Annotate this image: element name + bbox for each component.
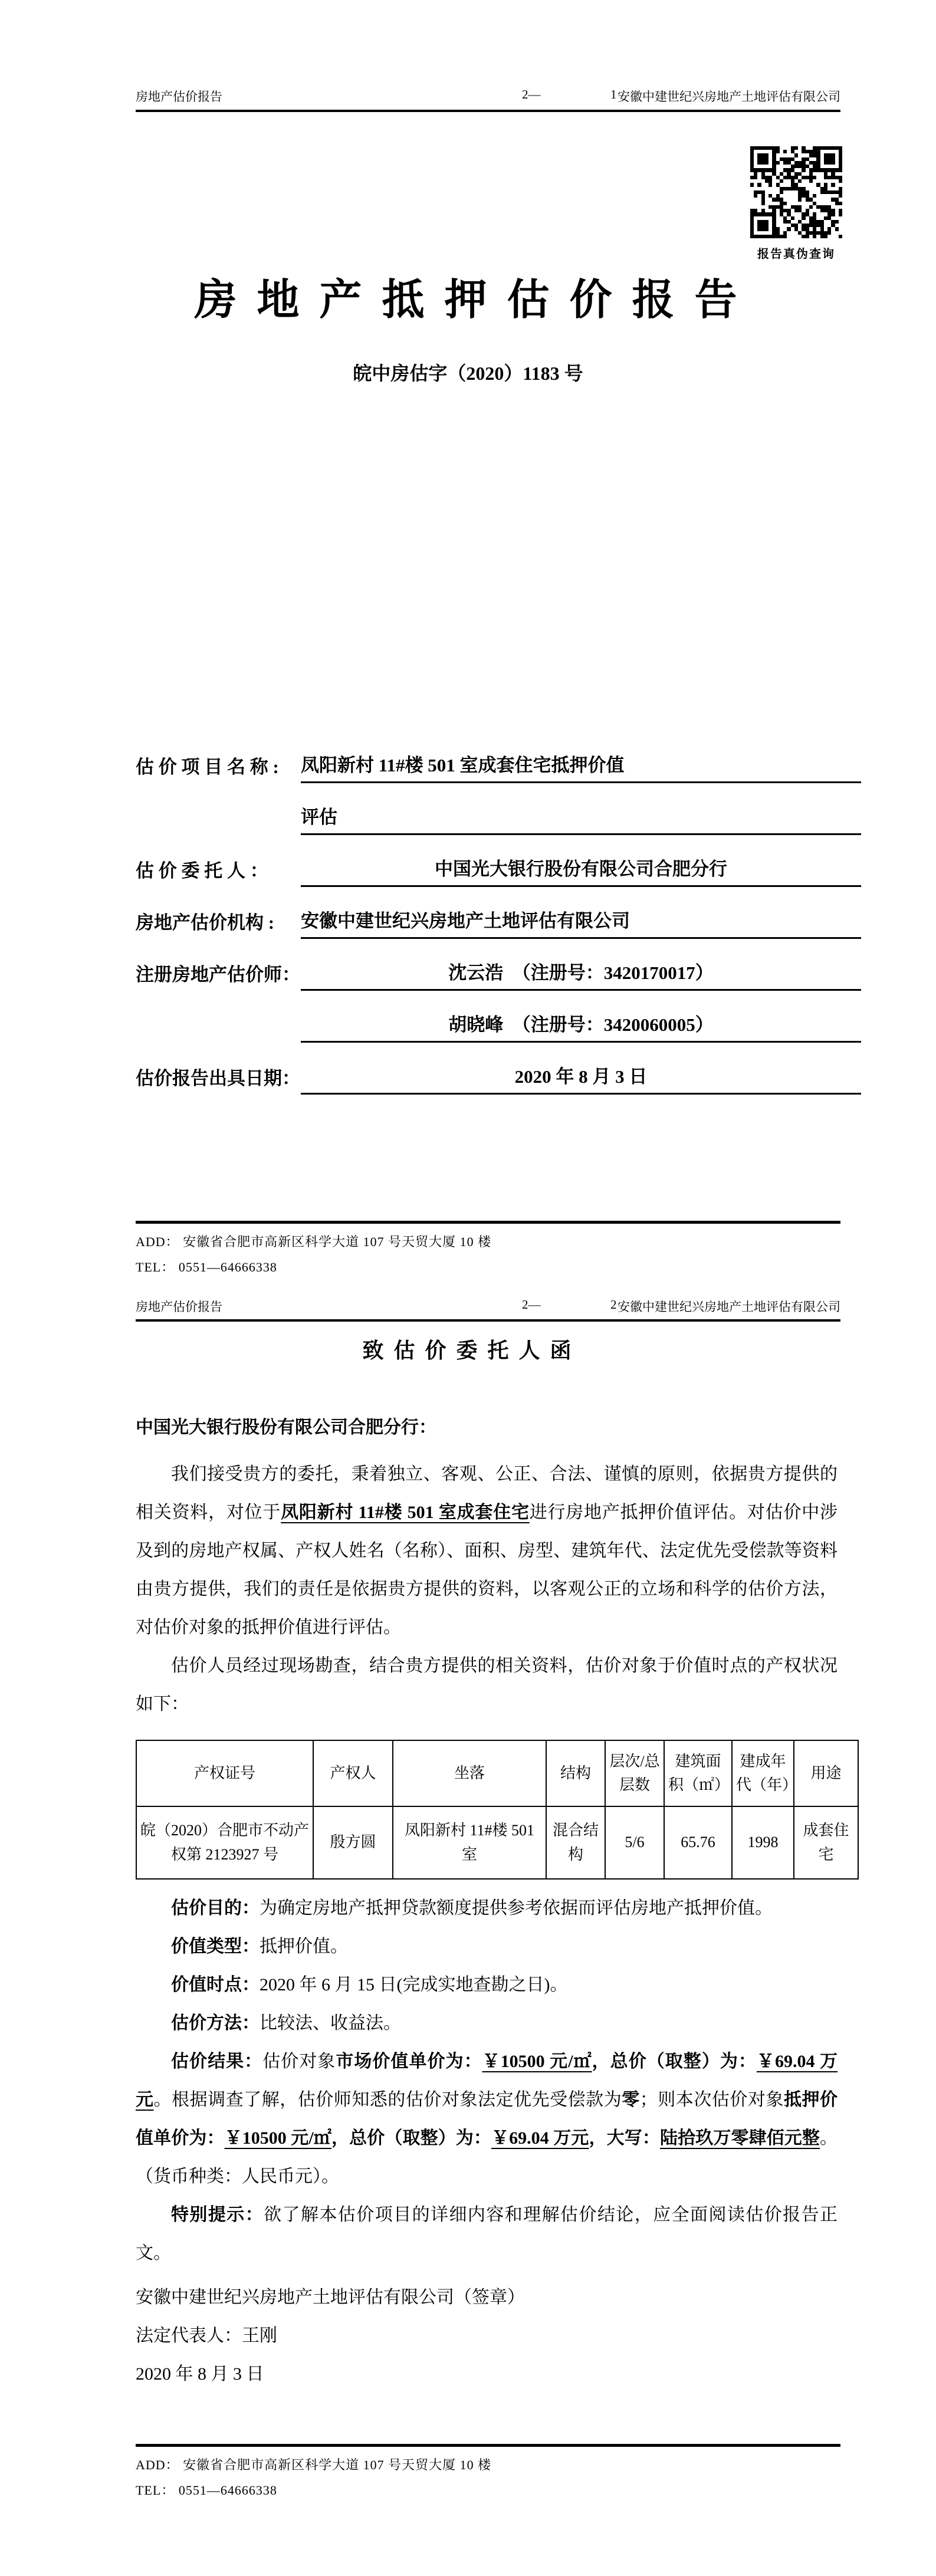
- section-label: 价值时点：: [171, 1975, 260, 1995]
- text-segment: ￥10500 元/㎡: [225, 2128, 331, 2148]
- header-rule: [136, 110, 840, 112]
- section-value-date: 价值时点：2020 年 6 月 15 日(完成实地查勘之日)。: [136, 1966, 838, 2004]
- header-doc-type: 房地产估价报告: [136, 1297, 222, 1315]
- section-purpose: 估价目的：为确定房地产抵押贷款额度提供参考依据而评估房地产抵押价值。: [136, 1889, 838, 1927]
- field-label: 估 价 项 目 名 称 :: [136, 752, 301, 783]
- report-document-number: 皖中房估字（2020）1183 号: [0, 359, 936, 386]
- field-value: 安徽中建世纪兴房地产土地评估有限公司: [301, 906, 861, 939]
- paragraph-inspection: 估价人员经过现场勘查，结合贵方提供的相关资料，估价对象于价值时点的产权状况如下：: [136, 1647, 838, 1723]
- col-use: 用途: [794, 1740, 858, 1806]
- text-segment: 市场价值单价为：: [336, 2052, 482, 2071]
- signature-legal-representative: 法定代表人：王刚: [136, 2317, 784, 2355]
- footer-rule: [136, 1221, 840, 1224]
- cell-floor: 5/6: [605, 1806, 664, 1879]
- header-page-number: 2: [610, 1297, 617, 1312]
- field-value: 沈云浩 （注册号：3420170017）: [301, 958, 861, 991]
- field-value: 中国光大银行股份有限公司合肥分行: [301, 854, 861, 887]
- text-segment: 零: [622, 2090, 640, 2110]
- section-text: 2020 年 6 月 15 日(完成实地查勘之日)。: [260, 1975, 567, 1995]
- signature-block: 安徽中建世纪兴房地产土地评估有限公司（签章） 法定代表人：王刚 2020 年 8…: [136, 2278, 838, 2393]
- field-label: 估价报告出具日期：: [136, 1063, 301, 1095]
- section-result: 估价结果：估价对象市场价值单价为：￥10500 元/㎡，总价（取整）为：￥69.…: [136, 2042, 838, 2196]
- section-label: 价值类型：: [171, 1937, 260, 1956]
- salutation: 中国光大银行股份有限公司合肥分行：: [136, 1408, 838, 1447]
- field-value: 评估: [301, 802, 861, 835]
- text-segment: 进行房地产抵押价值评估。对估价中涉及到的房地产权属、产权人姓名（名称）、面积、房…: [136, 1503, 838, 1637]
- header-page-prefix: 2—: [522, 1297, 541, 1312]
- cell-structure: 混合结构: [546, 1806, 605, 1879]
- col-location: 坐落: [393, 1740, 546, 1806]
- field-label: [136, 1038, 301, 1043]
- paragraph-engagement: 我们接受贵方的委托，秉着独立、客观、公正、合法、谨慎的原则，依据贵方提供的相关资…: [136, 1455, 838, 1647]
- cell-floor-area: 65.76: [664, 1806, 732, 1879]
- text-segment: 。根据调查了解，估价师知悉的估价对象法定优先受偿款为: [154, 2090, 622, 2110]
- footer-telephone: TEL： 0551—64666338: [136, 2480, 840, 2499]
- qr-caption: 报告真伪查询: [750, 244, 842, 261]
- field-value: 胡晓峰 （注册号：3420060005）: [301, 1010, 861, 1043]
- page-footer: ADD： 安徽省合肥市高新区科学大道 107 号天贸大厦 10 楼 TEL： 0…: [136, 2444, 840, 2506]
- field-value: 2020 年 8 月 3 日: [301, 1062, 861, 1095]
- text-segment: ，总价（取整）为：: [592, 2052, 757, 2071]
- text-segment: 估价对象: [262, 2052, 336, 2071]
- field-project-name: 估 价 项 目 名 称 : 凤阳新村 11#楼 501 室成套住宅抵押价值: [136, 731, 861, 783]
- field-label: 房地产估价机构 :: [136, 908, 301, 939]
- field-project-name-cont: 评估: [136, 783, 861, 835]
- field-client: 估 价 委 托 人 ： 中国光大银行股份有限公司合肥分行: [136, 835, 861, 887]
- text-segment: 陆拾玖万零肆佰元整: [660, 2128, 820, 2148]
- field-agency: 房地产估价机构 : 安徽中建世纪兴房地产土地评估有限公司: [136, 887, 861, 939]
- field-value: 凤阳新村 11#楼 501 室成套住宅抵押价值: [301, 750, 861, 783]
- ownership-table: 产权证号 产权人 坐落 结构 层次/总层数 建筑面积（㎡） 建成年代（年） 用途…: [136, 1740, 859, 1880]
- text-segment: 估价结果：: [171, 2052, 262, 2071]
- report-cover-page: 房地产估价报告 2— 1 安徽中建世纪兴房地产土地评估有限公司 报告真伪查询 房…: [0, 0, 936, 1286]
- col-structure: 结构: [546, 1740, 605, 1806]
- text-segment: ￥69.04 万元: [491, 2128, 589, 2148]
- field-issue-date: 估价报告出具日期： 2020 年 8 月 3 日: [136, 1043, 861, 1095]
- section-label: 估价方法：: [171, 2013, 260, 2033]
- field-label: [136, 830, 301, 835]
- text-segment: 特别提示：: [171, 2205, 264, 2225]
- qr-code: [750, 146, 842, 238]
- table-header-row: 产权证号 产权人 坐落 结构 层次/总层数 建筑面积（㎡） 建成年代（年） 用途: [136, 1740, 858, 1806]
- cell-location: 凤阳新村 11#楼 501 室: [393, 1806, 546, 1879]
- section-text: 为确定房地产抵押贷款额度提供参考依据而评估房地产抵押价值。: [260, 1898, 773, 1918]
- col-floor: 层次/总层数: [605, 1740, 664, 1806]
- header-doc-type: 房地产估价报告: [136, 87, 222, 105]
- header-company-name: 安徽中建世纪兴房地产土地评估有限公司: [618, 87, 840, 105]
- page-header: 房地产估价报告 2— 1 安徽中建世纪兴房地产土地评估有限公司: [136, 87, 840, 105]
- field-appraiser-2: 胡晓峰 （注册号：3420060005）: [136, 991, 861, 1043]
- footer-telephone: TEL： 0551—64666338: [136, 1257, 840, 1276]
- field-label: 估 价 委 托 人 ：: [136, 856, 301, 887]
- section-method: 估价方法：比较法、收益法。: [136, 2004, 838, 2042]
- footer-address: ADD： 安徽省合肥市高新区科学大道 107 号天贸大厦 10 楼: [136, 1232, 840, 1250]
- col-owner: 产权人: [313, 1740, 393, 1806]
- letter-title: 致 估 价 委 托 人 函: [0, 1334, 936, 1364]
- page-footer: ADD： 安徽省合肥市高新区科学大道 107 号天贸大厦 10 楼 TEL： 0…: [136, 1221, 840, 1283]
- field-label: 注册房地产估价师：: [136, 960, 301, 991]
- letter-body: 中国光大银行股份有限公司合肥分行： 我们接受贵方的委托，秉着独立、客观、公正、合…: [136, 1408, 838, 2393]
- col-year-built: 建成年代（年）: [732, 1740, 794, 1806]
- cell-owner: 殷方圆: [313, 1806, 393, 1879]
- col-certificate-no: 产权证号: [136, 1740, 313, 1806]
- letter-to-client-page: 房地产估价报告 2— 2 安徽中建世纪兴房地产土地评估有限公司 致 估 价 委 …: [0, 1286, 936, 2576]
- signature-company: 安徽中建世纪兴房地产土地评估有限公司（签章）: [136, 2278, 838, 2317]
- footer-address: ADD： 安徽省合肥市高新区科学大道 107 号天贸大厦 10 楼: [136, 2455, 840, 2473]
- footer-rule: [136, 2444, 840, 2447]
- section-value-type: 价值类型：抵押价值。: [136, 1927, 838, 1966]
- text-segment: ￥10500 元/㎡: [482, 2052, 592, 2071]
- header-page-number: 1: [610, 87, 617, 102]
- appraisal-report-document: { "page1": { "header": { "doc_type": "房地…: [0, 0, 936, 2576]
- section-special-note: 特别提示：欲了解本估价项目的详细内容和理解估价结论，应全面阅读估价报告正文。: [136, 2196, 838, 2272]
- page-header: 房地产估价报告 2— 2 安徽中建世纪兴房地产土地评估有限公司: [136, 1297, 840, 1315]
- summary-sections: 估价目的：为确定房地产抵押贷款额度提供参考依据而评估房地产抵押价值。 价值类型：…: [136, 1889, 838, 2272]
- table-row: 皖（2020）合肥市不动产权第 2123927 号 殷方圆 凤阳新村 11#楼 …: [136, 1806, 858, 1879]
- text-segment: ；则本次估价对象: [640, 2090, 784, 2110]
- header-page-prefix: 2—: [522, 87, 541, 102]
- signature-date: 2020 年 8 月 3 日: [136, 2355, 770, 2393]
- qr-block: 报告真伪查询: [750, 146, 842, 261]
- cover-fields: 估 价 项 目 名 称 : 凤阳新村 11#楼 501 室成套住宅抵押价值 评估…: [136, 731, 861, 1095]
- field-appraiser-1: 注册房地产估价师： 沈云浩 （注册号：3420170017）: [136, 939, 861, 991]
- cell-use: 成套住宅: [794, 1806, 858, 1879]
- header-company-name: 安徽中建世纪兴房地产土地评估有限公司: [618, 1297, 840, 1315]
- text-segment: ，总价（取整）为：: [331, 2128, 491, 2148]
- text-segment: 凤阳新村 11#楼 501 室成套住宅: [281, 1503, 530, 1522]
- col-floor-area: 建筑面积（㎡）: [664, 1740, 732, 1806]
- cell-year-built: 1998: [732, 1806, 794, 1879]
- section-text: 抵押价值。: [260, 1937, 348, 1956]
- report-title: 房 地 产 抵 押 估 价 报 告: [0, 265, 936, 327]
- section-label: 估价目的：: [171, 1898, 260, 1918]
- cell-certificate-no: 皖（2020）合肥市不动产权第 2123927 号: [136, 1806, 313, 1879]
- header-rule: [136, 1319, 840, 1322]
- section-text: 比较法、收益法。: [260, 2013, 401, 2033]
- text-segment: ，大写：: [589, 2128, 660, 2148]
